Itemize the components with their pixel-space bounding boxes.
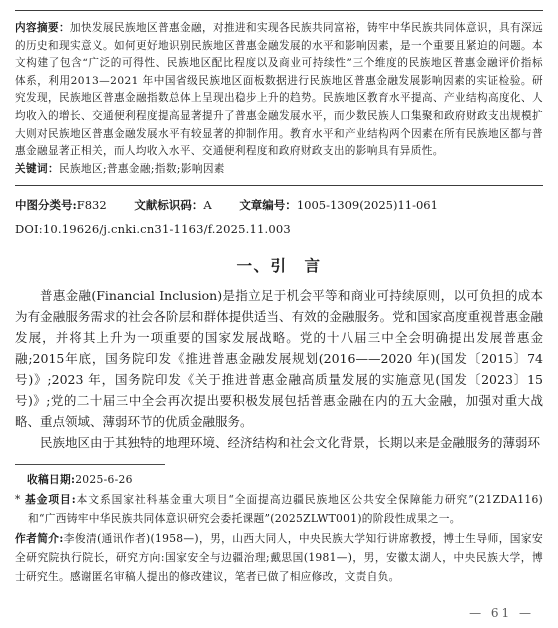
author-bio-label: 作者简介: — [15, 532, 64, 545]
journal-page: 内容摘要：加快发展民族地区普惠金融，对推进和实现各民族共同富裕，铸牢中华民族共同… — [0, 0, 558, 628]
doi-line: DOI:10.19626/j.cnki.cn31-1163/f.2025.11.… — [15, 222, 543, 237]
keywords-label: 关键词： — [15, 163, 59, 175]
fund-project-line: * 基金项目:本文系国家社科基金重大项目“全面提高边疆民族地区公共安全保障能力研… — [15, 490, 543, 529]
article-meta-line: 中图分类号:F832 文献标识码：A 文章编号：1005-1309(2025)1… — [15, 198, 543, 213]
meta-divider-rule — [15, 185, 543, 186]
abstract-paragraph: 内容摘要：加快发展民族地区普惠金融，对推进和实现各民族共同富裕，铸牢中华民族共同… — [15, 20, 543, 161]
intro-paragraph-2: 民族地区由于其独特的地理环境、经济结构和社会文化背景，长期以来是金融服务的薄弱环 — [15, 432, 543, 453]
clc-number: 中图分类号:F832 — [15, 198, 107, 212]
received-date-line: 收稿日期:2025-6-26 — [15, 470, 543, 489]
fund-marker: * — [15, 493, 21, 506]
received-date-label: 收稿日期: — [27, 473, 75, 486]
article-id-value: 1005-1309(2025)11-061 — [297, 198, 438, 212]
footnotes-block: 收稿日期:2025-6-26 * 基金项目:本文系国家社科基金重大项目“全面提高… — [15, 470, 543, 586]
article-id-label: 文章编号： — [239, 198, 297, 212]
keywords-text: 民族地区;普惠金融;指数;影响因素 — [59, 163, 225, 175]
fund-project-label: 基金项目: — [25, 493, 76, 506]
abstract-text: 加快发展民族地区普惠金融，对推进和实现各民族共同富裕，铸牢中华民族共同体意识，具… — [15, 22, 543, 157]
page-number: — 61 — — [469, 606, 534, 620]
introduction-body: 普惠金融(Financial Inclusion)是指立足于机会平等和商业可持续… — [15, 285, 543, 453]
abstract-label: 内容摘要： — [15, 22, 70, 34]
document-code: 文献标识码：A — [134, 198, 211, 212]
fund-project-text: 本文系国家社科基金重大项目“全面提高边疆民族地区公共安全保障能力研究”(21ZD… — [28, 493, 543, 525]
article-id: 文章编号：1005-1309(2025)11-061 — [239, 198, 438, 212]
document-code-label: 文献标识码： — [134, 198, 203, 212]
clc-value: F832 — [77, 198, 107, 212]
header-rule — [15, 10, 543, 11]
intro-paragraph-1: 普惠金融(Financial Inclusion)是指立足于机会平等和商业可持续… — [15, 285, 543, 432]
received-date-value: 2025-6-26 — [75, 473, 133, 486]
section-title: 一、引 言 — [15, 254, 543, 276]
author-bio-text: 李俊清(通讯作者)(1958—)，男，山西大同人，中央民族大学知行讲席教授，博士… — [15, 532, 543, 584]
keywords-line: 关键词：民族地区;普惠金融;指数;影响因素 — [15, 161, 543, 179]
clc-label: 中图分类号: — [15, 198, 77, 212]
footnote-rule — [15, 464, 165, 465]
document-code-value: A — [203, 198, 211, 212]
author-bio-line: 作者简介:李俊清(通讯作者)(1958—)，男，山西大同人，中央民族大学知行讲席… — [15, 529, 543, 587]
